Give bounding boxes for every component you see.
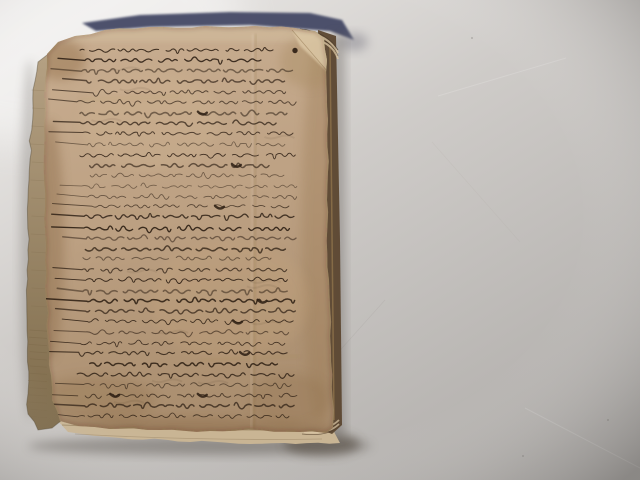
photo-vignette xyxy=(0,0,640,480)
scene-canvas xyxy=(0,0,640,480)
photo-of-manuscript xyxy=(0,0,640,480)
